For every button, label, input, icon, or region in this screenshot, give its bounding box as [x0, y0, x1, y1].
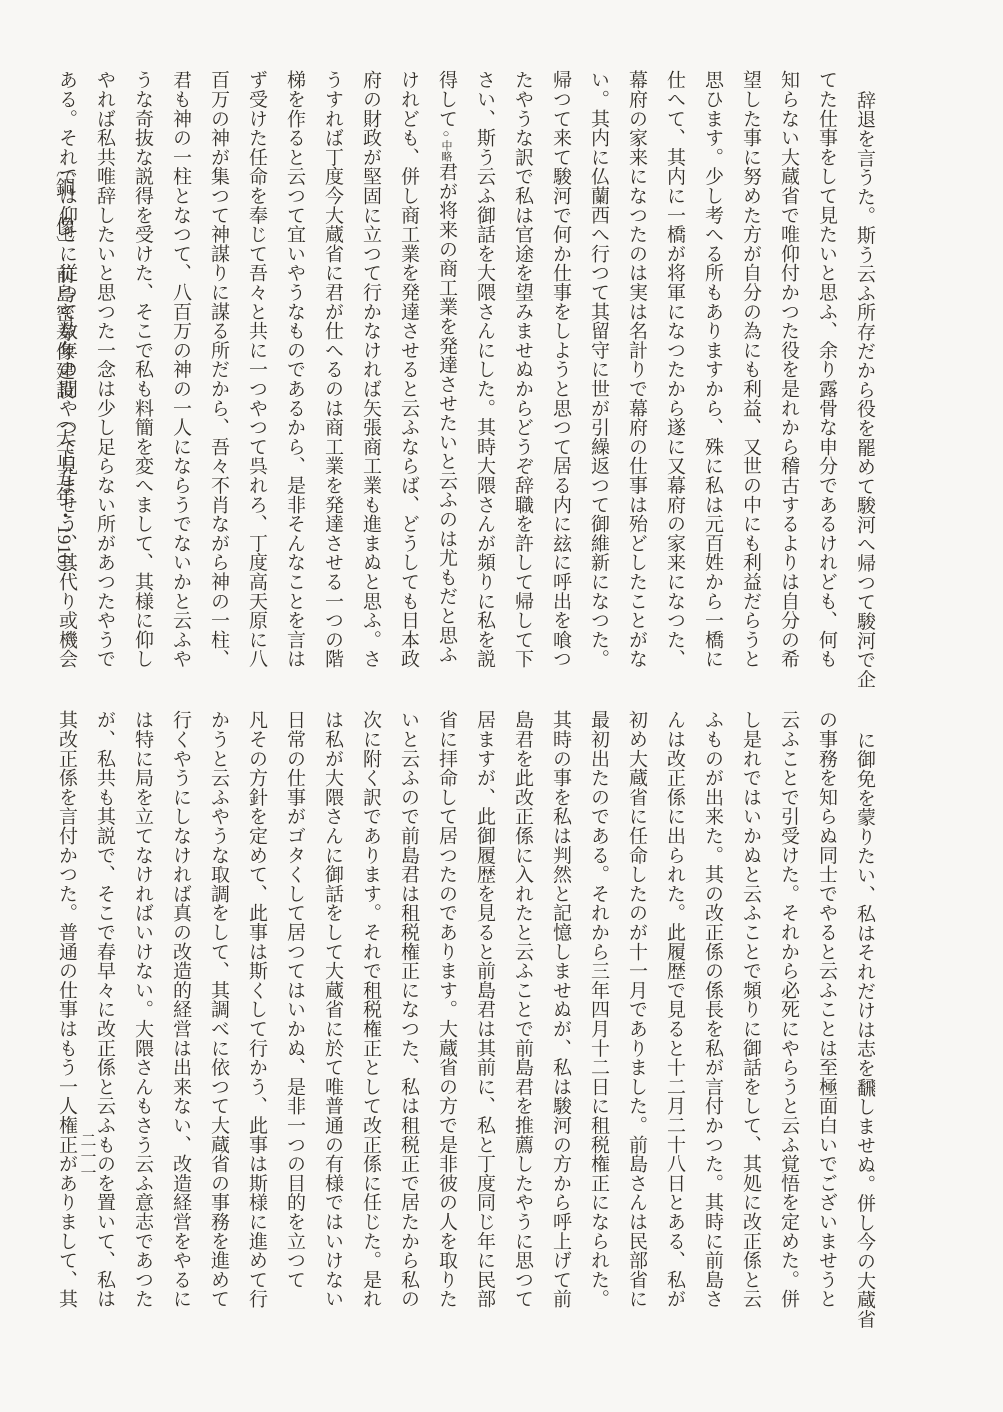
body-text-top: 辞退を言うた。斯う云ふ所存だから役を罷めて駿河へ帰つて駿河で企 てた仕事をして見…	[85, 70, 921, 672]
body-text-top-part2: 君が将来の商工業を発達させたいと云ふのは尤もだと思ふ けれども、併し商工業を発達…	[56, 70, 457, 668]
warichu-abbreviation-note: ○中略	[440, 128, 452, 162]
body-text-bottom: に御免を蒙りたい、私はそれだけは志を飜しませぬ。併し今の大蔵省 の事務を知らぬ同…	[85, 710, 921, 1312]
scanned-book-page: 辞退を言うた。斯う云ふ所存だから役を罷めて駿河へ帰つて駿河で企 てた仕事をして見…	[0, 0, 1003, 1412]
body-text-bottom-columns: に御免を蒙りたい、私はそれだけは志を飜しませぬ。併し今の大蔵省 の事務を知らぬ同…	[56, 710, 875, 1329]
body-text-top-part1: 辞退を言うた。斯う云ふ所存だから役を罷めて駿河へ帰つて駿河で企 てた仕事をして見…	[436, 70, 875, 689]
page-number: 二一一	[74, 1132, 98, 1202]
section-heading: 〔銅 像〕 前島密寿像建設 （大正五年・1916）	[48, 158, 78, 588]
